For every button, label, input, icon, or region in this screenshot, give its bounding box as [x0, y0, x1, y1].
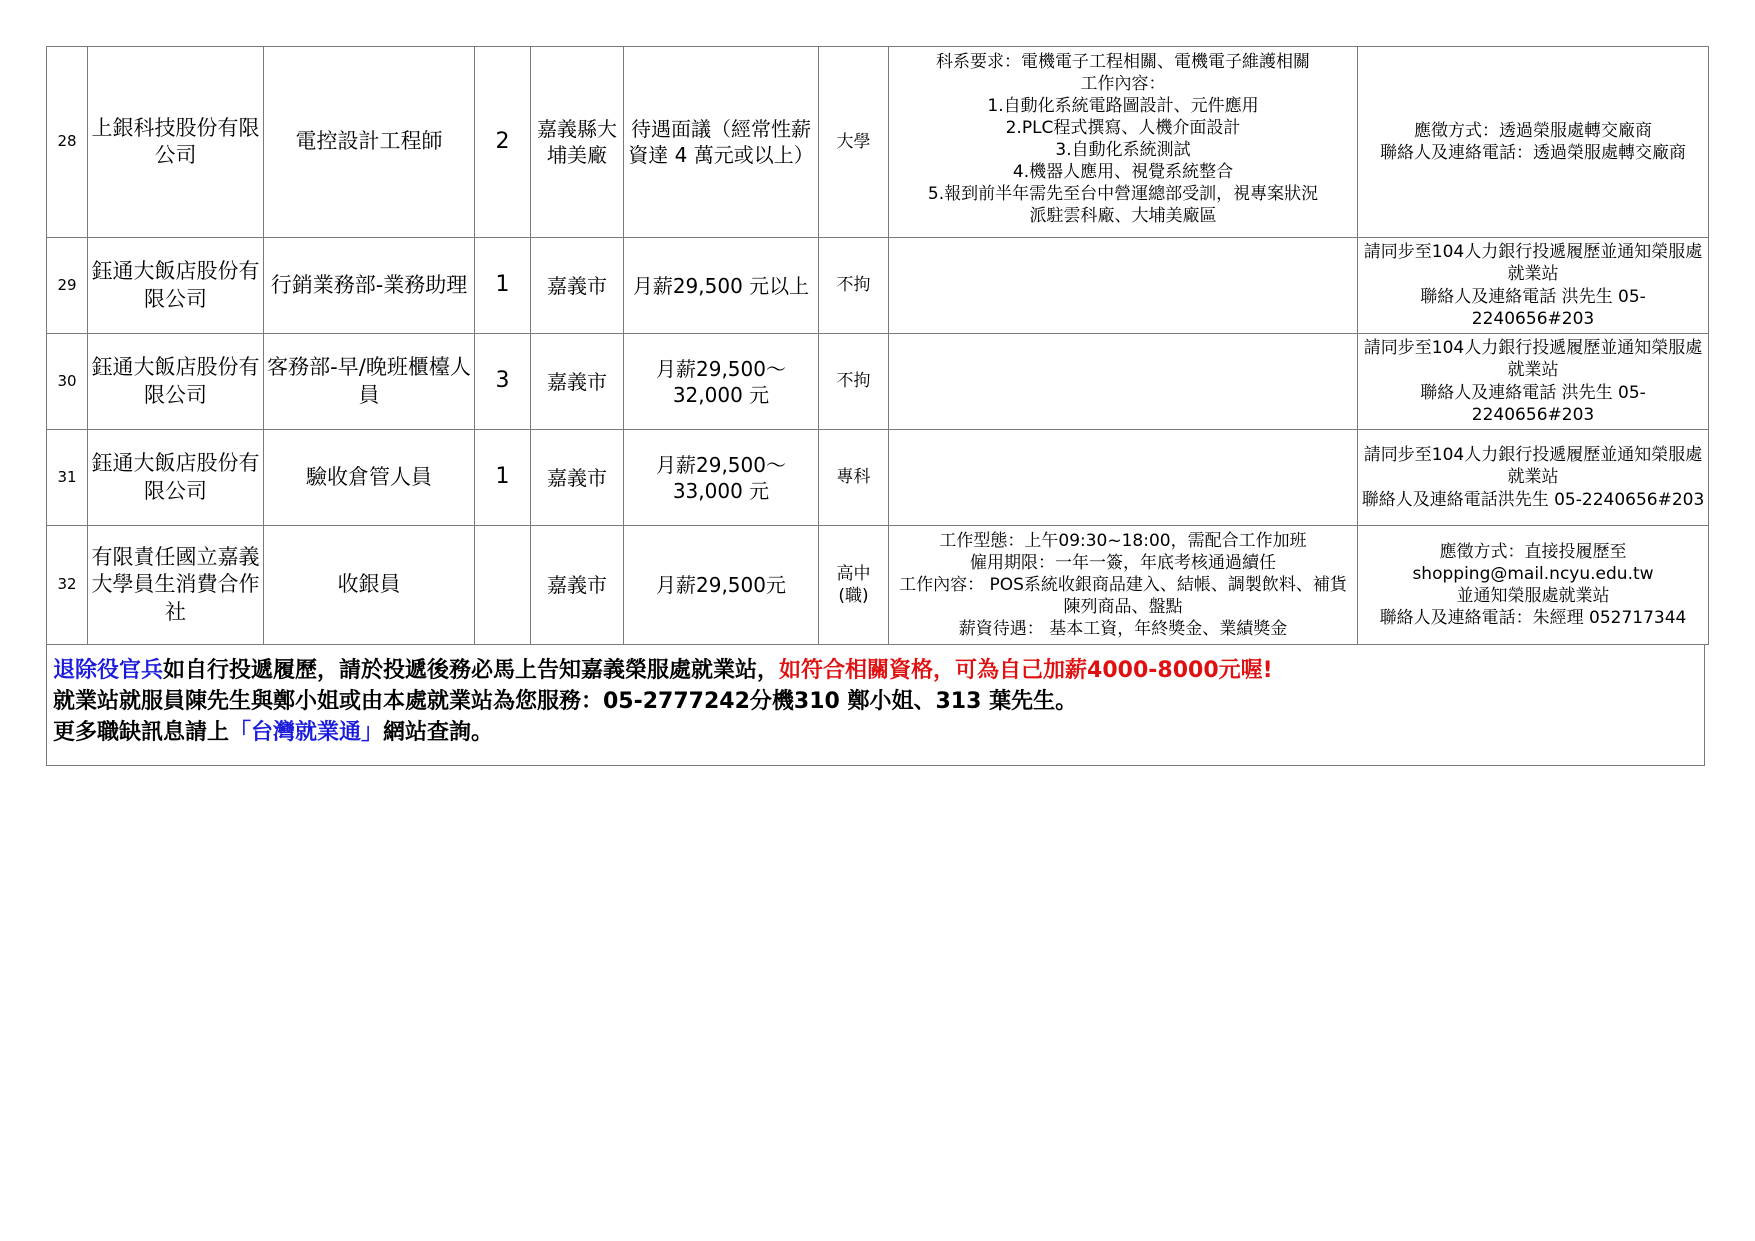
row-number: 32 [47, 526, 88, 645]
contact-line: 請同步至104人力銀行投遞履歷並通知榮服處就業站 [1361, 444, 1705, 488]
job-location: 嘉義市 [531, 430, 624, 526]
contact-line: 應徵方式：透過榮服處轉交廠商 [1361, 120, 1705, 142]
description-line: 科系要求：電機電子工程相關、電機電子維護相關 [892, 51, 1354, 73]
job-description: 工作型態：上午09:30~18:00，需配合工作加班 僱用期限：一年一簽，年底考… [889, 526, 1358, 645]
job-quantity [475, 526, 531, 645]
more-jobs-prefix: 更多職缺訊息請上 [53, 720, 229, 745]
row-number: 30 [47, 334, 88, 430]
contact-line: 並通知榮服處就業站 [1361, 585, 1705, 607]
job-quantity: 3 [475, 334, 531, 430]
contact-line: 聯絡人及連絡電話：朱經理 052717344 [1361, 607, 1705, 629]
job-quantity: 1 [475, 430, 531, 526]
education-requirement: 專科 [819, 430, 889, 526]
contact-line: 聯絡人及連絡電話洪先生 05-2240656#203 [1361, 489, 1705, 511]
job-description [889, 334, 1358, 430]
contact-line: 請同步至104人力銀行投遞履歷並通知榮服處就業站 [1361, 241, 1705, 285]
table-row: 28 上銀科技股份有限公司 電控設計工程師 2 嘉義縣大埔美廠 待遇面議（經常性… [47, 47, 1709, 238]
footer-note-veterans: 退除役官兵如自行投遞履歷，請於投遞後務必馬上告知嘉義榮服處就業站，如符合相關資格… [53, 655, 1704, 686]
veterans-highlight: 退除役官兵 [53, 658, 163, 683]
contact-line: 聯絡人及連絡電話 洪先生 05-2240656#203 [1361, 382, 1705, 426]
application-contact: 請同步至104人力銀行投遞履歷並通知榮服處就業站 聯絡人及連絡電話 洪先生 05… [1358, 238, 1709, 334]
veterans-instruction: 如自行投遞履歷，請於投遞後務必馬上告知嘉義榮服處就業站， [163, 658, 779, 683]
job-salary: 月薪29,500～32,000 元 [624, 334, 819, 430]
job-title: 行銷業務部-業務助理 [264, 238, 475, 334]
description-line: 僱用期限：一年一簽，年底考核通過續任 [892, 552, 1354, 574]
contact-line: 聯絡人及連絡電話 洪先生 05-2240656#203 [1361, 286, 1705, 330]
contact-line: 聯絡人及連絡電話：透過榮服處轉交廠商 [1361, 142, 1705, 164]
table-row: 32 有限責任國立嘉義大學員生消費合作社 收銀員 嘉義市 月薪29,500元 高… [47, 526, 1709, 645]
description-line: 派駐雲科廠、大埔美廠區 [892, 205, 1354, 227]
job-table: 28 上銀科技股份有限公司 電控設計工程師 2 嘉義縣大埔美廠 待遇面議（經常性… [46, 46, 1709, 645]
footer-note-service-contact: 就業站就服員陳先生與鄭小姐或由本處就業站為您服務：05-2777242分機310… [53, 686, 1704, 717]
company-name: 有限責任國立嘉義大學員生消費合作社 [88, 526, 264, 645]
more-jobs-suffix: 網站查詢。 [383, 720, 493, 745]
table-row: 30 鈺通大飯店股份有限公司 客務部-早/晚班櫃檯人員 3 嘉義市 月薪29,5… [47, 334, 1709, 430]
job-salary: 月薪29,500元 [624, 526, 819, 645]
job-quantity: 1 [475, 238, 531, 334]
description-line: 工作內容： [892, 73, 1354, 95]
table-row: 31 鈺通大飯店股份有限公司 驗收倉管人員 1 嘉義市 月薪29,500～33,… [47, 430, 1709, 526]
description-line: 4.機器人應用、視覺系統整合 [892, 161, 1354, 183]
company-name: 鈺通大飯店股份有限公司 [88, 238, 264, 334]
company-name: 鈺通大飯店股份有限公司 [88, 430, 264, 526]
company-name: 鈺通大飯店股份有限公司 [88, 334, 264, 430]
row-number: 28 [47, 47, 88, 238]
job-description [889, 430, 1358, 526]
taiwan-jobs-link[interactable]: 「台灣就業通」 [229, 720, 383, 745]
application-contact: 請同步至104人力銀行投遞履歷並通知榮服處就業站 聯絡人及連絡電話洪先生 05-… [1358, 430, 1709, 526]
job-location: 嘉義縣大埔美廠 [531, 47, 624, 238]
description-line: 2.PLC程式撰寫、人機介面設計 [892, 117, 1354, 139]
job-title: 客務部-早/晚班櫃檯人員 [264, 334, 475, 430]
row-number: 29 [47, 238, 88, 334]
application-contact: 應徵方式：透過榮服處轉交廠商 聯絡人及連絡電話：透過榮服處轉交廠商 [1358, 47, 1709, 238]
job-location: 嘉義市 [531, 334, 624, 430]
job-title: 收銀員 [264, 526, 475, 645]
job-salary: 待遇面議（經常性薪資達 4 萬元或以上） [624, 47, 819, 238]
education-requirement: 不拘 [819, 334, 889, 430]
job-location: 嘉義市 [531, 238, 624, 334]
contact-line: 應徵方式：直接投履歷至 [1361, 541, 1705, 563]
row-number: 31 [47, 430, 88, 526]
footer-notes: 退除役官兵如自行投遞履歷，請於投遞後務必馬上告知嘉義榮服處就業站，如符合相關資格… [46, 645, 1705, 766]
application-contact: 應徵方式：直接投履歷至 shopping@mail.ncyu.edu.tw 並通… [1358, 526, 1709, 645]
description-line: 工作型態：上午09:30~18:00，需配合工作加班 [892, 530, 1354, 552]
table-row: 29 鈺通大飯店股份有限公司 行銷業務部-業務助理 1 嘉義市 月薪29,500… [47, 238, 1709, 334]
job-title: 驗收倉管人員 [264, 430, 475, 526]
job-salary: 月薪29,500～33,000 元 [624, 430, 819, 526]
company-name: 上銀科技股份有限公司 [88, 47, 264, 238]
job-listing-page: 28 上銀科技股份有限公司 電控設計工程師 2 嘉義縣大埔美廠 待遇面議（經常性… [46, 46, 1708, 766]
description-line: 5.報到前半年需先至台中營運總部受訓，視專案狀況 [892, 183, 1354, 205]
description-line: 3.自動化系統測試 [892, 139, 1354, 161]
description-line: 1.自動化系統電路圖設計、元件應用 [892, 95, 1354, 117]
description-line: 薪資待遇： 基本工資，年終獎金、業績獎金 [892, 618, 1354, 640]
job-description [889, 238, 1358, 334]
contact-email[interactable]: shopping@mail.ncyu.edu.tw [1361, 563, 1705, 585]
application-contact: 請同步至104人力銀行投遞履歷並通知榮服處就業站 聯絡人及連絡電話 洪先生 05… [1358, 334, 1709, 430]
job-title: 電控設計工程師 [264, 47, 475, 238]
job-quantity: 2 [475, 47, 531, 238]
job-salary: 月薪29,500 元以上 [624, 238, 819, 334]
job-location: 嘉義市 [531, 526, 624, 645]
job-description: 科系要求：電機電子工程相關、電機電子維護相關 工作內容： 1.自動化系統電路圖設… [889, 47, 1358, 238]
salary-bonus-highlight: 如符合相關資格，可為自己加薪4000-8000元喔! [779, 658, 1273, 683]
description-line: 工作內容： POS系統收銀商品建入、結帳、調製飲料、補貨陳列商品、盤點 [892, 574, 1354, 618]
education-requirement: 不拘 [819, 238, 889, 334]
footer-note-more-jobs: 更多職缺訊息請上「台灣就業通」網站查詢。 [53, 717, 1704, 748]
contact-line: 請同步至104人力銀行投遞履歷並通知榮服處就業站 [1361, 337, 1705, 381]
education-requirement: 高中(職) [819, 526, 889, 645]
education-requirement: 大學 [819, 47, 889, 238]
